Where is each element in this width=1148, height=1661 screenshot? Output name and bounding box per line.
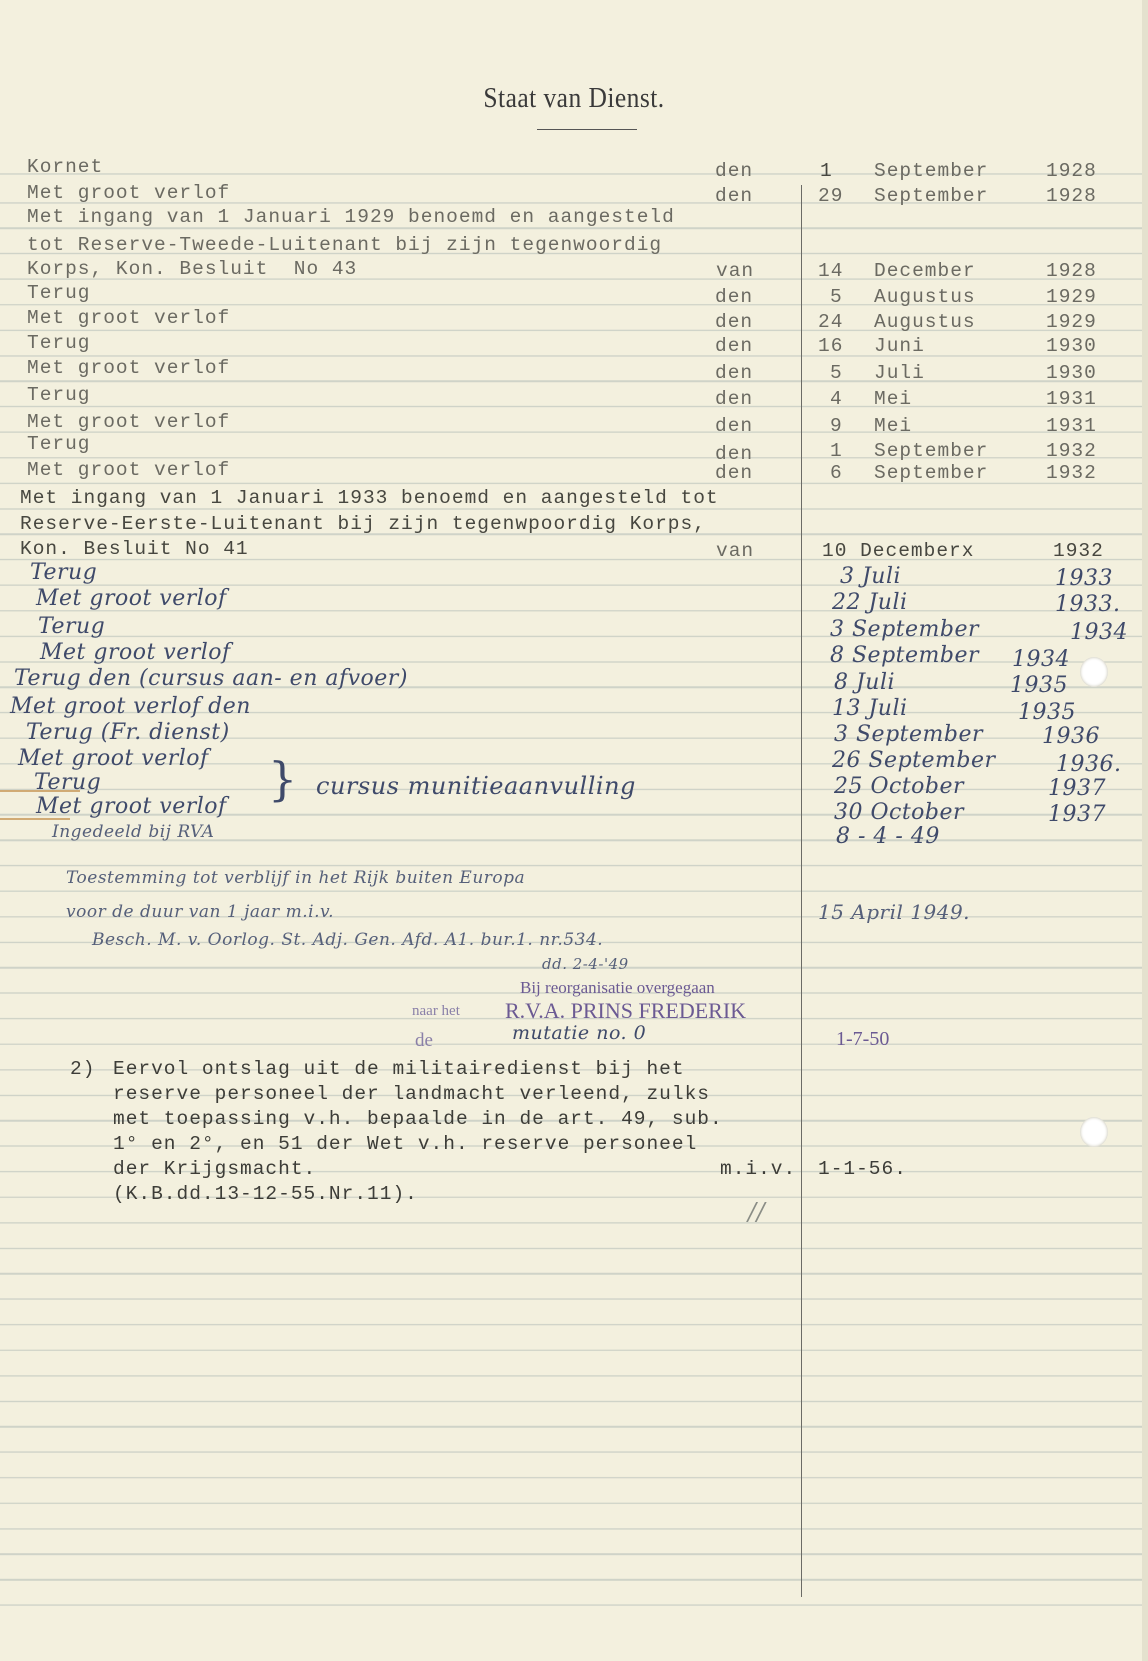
entry-text: Terug	[27, 332, 91, 354]
ink-stain	[0, 790, 80, 792]
entry-year: 1932	[1046, 462, 1097, 484]
entry-month: Mei	[874, 415, 912, 437]
hand-entry-year: 1935	[1010, 673, 1068, 698]
date-column-divider	[801, 185, 802, 1597]
appointment-year: 1932	[1053, 540, 1104, 562]
entry-text: Met groot verlof	[27, 182, 230, 204]
hand-entry-year: 1933	[1055, 566, 1113, 591]
hand-entry-year: 1935	[1018, 700, 1076, 725]
entry-month: December	[874, 260, 976, 282]
entry-year: 1928	[1046, 260, 1097, 282]
permission-line: Toestemming tot verblijf in het Rijk bui…	[66, 868, 525, 888]
brace-glyph: }	[268, 752, 297, 806]
appointment-line: Kon. Besluit No 41	[20, 538, 249, 560]
hand-entry-date: 26 September	[832, 748, 996, 773]
stamp-mutation: mutatie no. 0	[512, 1022, 646, 1044]
entry-year: 1929	[1046, 311, 1097, 333]
entry-text: Terug	[27, 384, 91, 406]
entry-year: 1931	[1046, 415, 1097, 437]
ink-stain	[0, 818, 70, 820]
entry-year: 1932	[1046, 440, 1097, 462]
permission-line: voor de duur van 1 jaar m.i.v.	[66, 902, 334, 922]
hand-entry-date: 3 September	[834, 722, 983, 747]
appointment-date: 10 Decemberx	[822, 540, 974, 562]
hand-entry-text: Met groot verlof	[18, 746, 209, 771]
entry-text: Korps, Kon. Besluit No 43	[27, 258, 357, 280]
entry-text: Met groot verlof	[27, 411, 230, 433]
hand-entry-date: 25 October	[834, 774, 964, 799]
entry-year: 1930	[1046, 335, 1097, 357]
hand-entry-text: Met groot verlof	[40, 640, 231, 665]
entry-month: Augustus	[874, 286, 976, 308]
hand-entry-text: Terug	[30, 560, 97, 585]
entry-day: 29	[818, 185, 843, 207]
punch-hole	[1080, 657, 1108, 687]
punch-hole	[1080, 1117, 1108, 1147]
hand-entry-text: Met groot verlof	[36, 586, 227, 611]
entry-day: 24	[818, 311, 843, 333]
entry-text: Met ingang van 1 Januari 1929 benoemd en…	[27, 206, 675, 228]
hand-entry-year: 1934	[1012, 647, 1070, 672]
entry-text: Kornet	[27, 156, 103, 178]
hand-entry-date: 30 October	[834, 800, 964, 825]
discharge-line: Eervol ontslag uit de militairedienst bi…	[113, 1058, 685, 1080]
title-underline	[537, 129, 637, 130]
entry-prep: den	[715, 415, 753, 437]
entry-text: Terug	[27, 282, 91, 304]
entry-text: Met groot verlof	[27, 357, 230, 379]
entry-month: September	[874, 462, 988, 484]
entry-year: 1931	[1046, 388, 1097, 410]
entry-day: 9	[830, 415, 843, 437]
entry-month: Juni	[874, 335, 925, 357]
entry-prep: den	[715, 185, 753, 207]
entry-prep: van	[716, 260, 754, 282]
entry-day: 14	[818, 260, 843, 282]
entry-day: 5	[830, 286, 843, 308]
page-edge	[1142, 0, 1148, 1661]
hand-entry-date: 8 September	[830, 643, 979, 668]
entry-month: September	[874, 440, 988, 462]
entry-day: 4	[830, 388, 843, 410]
discharge-line: (K.B.dd.13-12-55.Nr.11).	[113, 1183, 418, 1205]
stamp-prefix: naar het	[412, 1003, 460, 1020]
appointment-line: Reserve-Eerste-Luitenant bij zijn tegenw…	[20, 513, 706, 535]
permission-line: dd. 2-4-'49	[542, 955, 629, 973]
brace-note: cursus munitieaanvulling	[316, 772, 636, 800]
stamp-line: Bij reorganisatie overgegaan	[520, 978, 715, 998]
entry-year: 1928	[1046, 160, 1097, 182]
hand-entry-text: Terug	[38, 614, 105, 639]
entry-year: 1930	[1046, 362, 1097, 384]
stamp-date: 1-7-50	[836, 1028, 889, 1051]
hand-entry-text: Terug den (cursus aan- en afvoer)	[14, 666, 408, 691]
hand-entry-date: 3 Juli	[840, 564, 901, 589]
hand-entry-date: 8 - 4 - 49	[836, 824, 940, 849]
permission-line: Besch. M. v. Oorlog. St. Adj. Gen. Afd. …	[92, 930, 603, 950]
entry-day: 1	[820, 160, 833, 182]
entry-prep: den	[715, 462, 753, 484]
stamp-prefix: de	[415, 1030, 433, 1052]
entry-prep: den	[715, 388, 753, 410]
entry-prep: den	[715, 286, 753, 308]
entry-day: 5	[830, 362, 843, 384]
entry-day: 1	[830, 440, 843, 462]
hand-entry-year: 1933.	[1055, 592, 1120, 617]
discharge-line: met toepassing v.h. bepaalde in de art. …	[113, 1108, 723, 1130]
entry-prep: den	[715, 160, 753, 182]
entry-day: 6	[830, 462, 843, 484]
entry-text: Terug	[27, 433, 91, 455]
discharge-line: reserve personeel der landmacht verleend…	[113, 1083, 710, 1105]
entry-year: 1929	[1046, 286, 1097, 308]
discharge-line: der Krijgsmacht.	[113, 1158, 316, 1180]
entry-prep: den	[715, 362, 753, 384]
entry-text: tot Reserve-Tweede-Luitenant bij zijn te…	[27, 234, 662, 256]
hand-entry-date: 22 Juli	[832, 590, 908, 615]
entry-prep: den	[715, 335, 753, 357]
initials-mark: //	[748, 1198, 765, 1226]
discharge-line: 1° en 2°, en 51 der Wet v.h. reserve per…	[113, 1133, 697, 1155]
entry-year: 1928	[1046, 185, 1097, 207]
entry-prep: den	[715, 311, 753, 333]
discharge-date: 1-1-56.	[818, 1158, 907, 1180]
page-title: Staat van Dienst.	[69, 82, 1079, 115]
appointment-prep: van	[716, 540, 754, 562]
hand-entry-year: 1937	[1048, 802, 1106, 827]
entry-month: Augustus	[874, 311, 976, 333]
entry-month: September	[874, 160, 988, 182]
entry-month: Mei	[874, 388, 912, 410]
hand-entry-text: Met groot verlof den	[10, 694, 251, 719]
permission-date: 15 April 1949.	[818, 900, 970, 924]
appointment-line: Met ingang van 1 Januari 1933 benoemd en…	[20, 487, 719, 509]
stamp-name: R.V.A. PRINS FREDERIK	[505, 998, 746, 1024]
hand-entry-year: 1937	[1048, 776, 1106, 801]
hand-entry-year: 1936	[1042, 724, 1100, 749]
hand-entry-year: 1936.	[1056, 752, 1121, 777]
hand-entry-date: 8 Juli	[834, 670, 895, 695]
entry-day: 16	[818, 335, 843, 357]
discharge-number: 2)	[70, 1058, 95, 1080]
page-footer-area	[0, 1610, 1148, 1661]
hand-entry-text: Ingedeeld bij RVA	[52, 822, 214, 842]
hand-entry-text: Met groot verlof	[36, 794, 227, 819]
hand-entry-text: Terug (Fr. dienst)	[26, 720, 230, 745]
entry-text: Met groot verlof	[27, 307, 230, 329]
hand-entry-year: 1934	[1070, 620, 1128, 645]
entry-month: Juli	[874, 362, 925, 384]
discharge-miv: m.i.v.	[720, 1158, 796, 1180]
entry-month: September	[874, 185, 988, 207]
entry-text: Met groot verlof	[27, 459, 230, 481]
hand-entry-date: 3 September	[830, 617, 979, 642]
hand-entry-date: 13 Juli	[832, 696, 908, 721]
